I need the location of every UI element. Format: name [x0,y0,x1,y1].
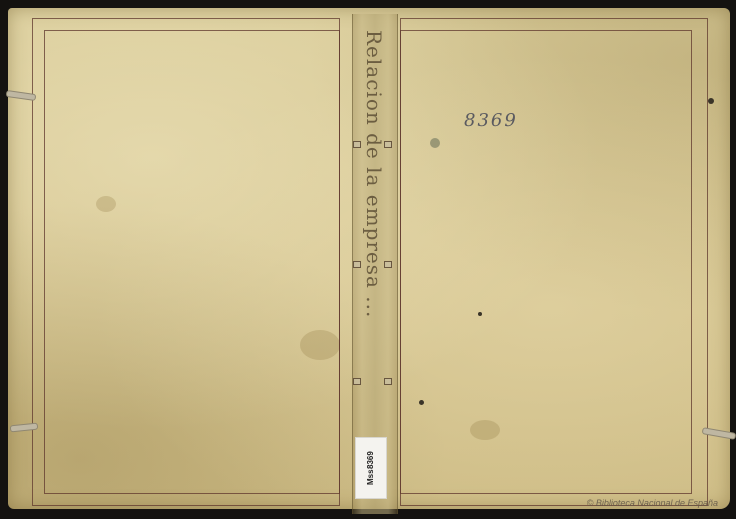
stain [430,138,440,148]
sewing-tie [384,261,392,268]
ink-spot [478,312,482,316]
sewing-tie [384,141,392,148]
stain [300,330,340,360]
sewing-tie [353,261,361,268]
watermark: © Biblioteca Nacional de España [587,498,718,508]
spine-title: Relacion de la empresa ... [360,30,388,420]
shelfmark-line2: 8369 [366,451,376,469]
ink-spot [708,98,714,104]
stain [470,420,500,440]
ink-spot [419,400,424,405]
stain [96,196,116,212]
inventory-number: 8369 [464,110,518,131]
shelfmark-label: Mss 8369 [355,437,387,499]
binding-scan: Relacion de la empresa ... 8369 Mss 8369… [0,0,736,519]
shelfmark-line1: Mss [366,469,376,485]
sewing-tie [353,141,361,148]
sewing-tie [384,378,392,385]
shelfmark-text: Mss 8369 [356,438,386,498]
sewing-tie [353,378,361,385]
